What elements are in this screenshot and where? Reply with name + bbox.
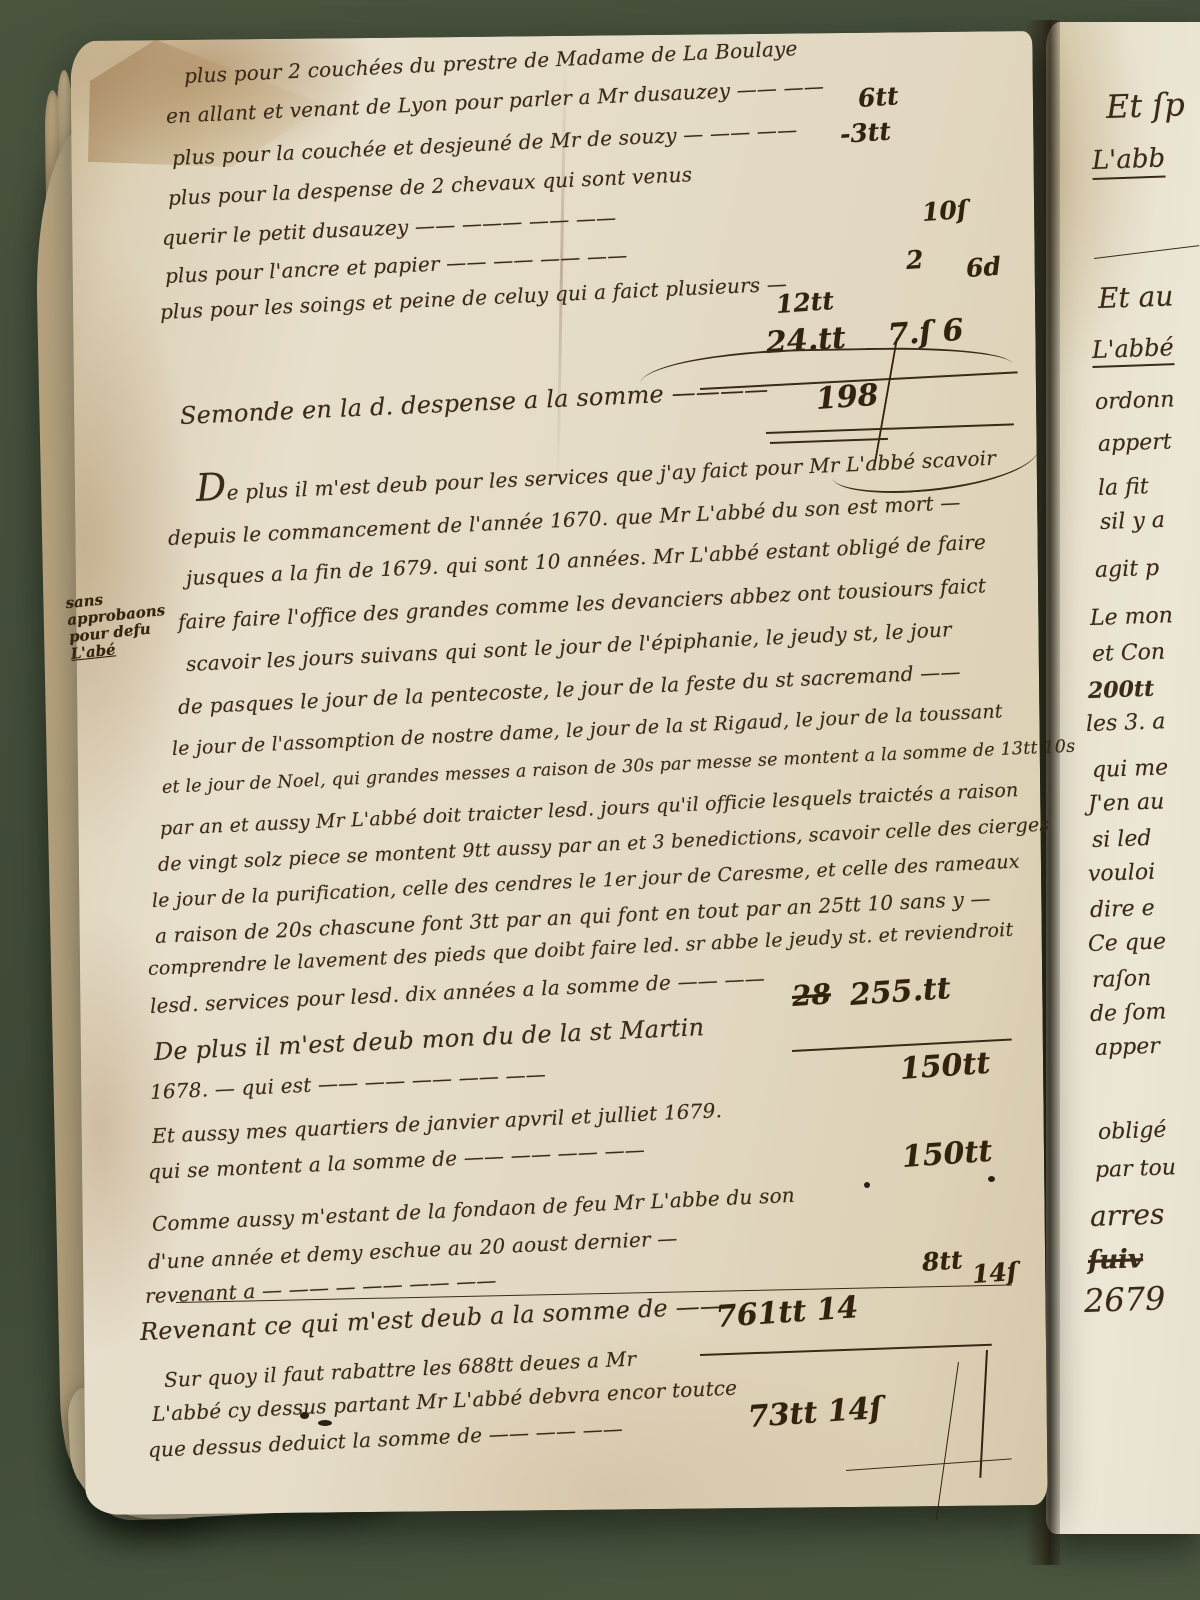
amount-deniers: 6d — [965, 252, 1002, 283]
ink-speck — [864, 1182, 870, 1188]
crossed-out-amount: 28 — [791, 977, 832, 1013]
amount-livres: 12tt — [775, 286, 835, 319]
right-page-fragment: Le mon — [1090, 603, 1174, 631]
right-page-crossed-fragment: ſuiv — [1087, 1244, 1143, 1276]
right-page-fragment: sil y a — [1100, 508, 1166, 535]
right-page-fragment: et Con — [1092, 639, 1166, 667]
right-page-fragment: ordonn — [1095, 387, 1175, 415]
right-page-fragment: obligé — [1098, 1118, 1167, 1145]
right-page-fragment: qui me — [1092, 755, 1169, 783]
right-page-fragment: Ce que — [1088, 929, 1167, 957]
amount-livres: 150tt — [901, 1134, 994, 1175]
ink-speck — [988, 1176, 995, 1182]
right-page-fragment: 2679 — [1083, 1279, 1166, 1320]
right-page-fragment: L'abbé — [1091, 333, 1174, 368]
ink-speck — [318, 1420, 332, 1426]
right-page-fragment: par tou — [1095, 1155, 1177, 1183]
amount-livres: 6tt — [857, 81, 899, 113]
right-page-fragment: Et au — [1097, 279, 1173, 315]
services-total: 255.tt — [849, 971, 952, 1013]
amount-figure: 2 — [905, 245, 924, 275]
amount-sols: 10ſ — [921, 195, 968, 227]
right-page-fragment: arres — [1089, 1197, 1165, 1233]
right-page-fragment: Et ſp — [1105, 85, 1185, 126]
right-page-fragment: apper — [1095, 1034, 1161, 1061]
right-page-fragment: la fit — [1098, 474, 1150, 501]
subtotal-amount: 198 — [815, 378, 880, 417]
right-page-fragment: de ſom — [1090, 999, 1167, 1027]
amount-livres: 8tt — [921, 1245, 963, 1277]
right-page-fragment: raſon — [1092, 966, 1152, 993]
margin-note: sans approbaons pour defu L'abé — [65, 585, 170, 663]
right-page-fragment: appert — [1098, 429, 1172, 457]
amount-livres: -3tt — [839, 116, 892, 148]
photo-scene: plus pour 2 couchées du prestre de Madam… — [0, 0, 1200, 1600]
right-page-fragment: les 3. a — [1086, 709, 1166, 737]
right-page-fragment: si led — [1092, 826, 1152, 853]
right-page-fragment: 200tt — [1088, 676, 1155, 704]
right-page-fragment: agit p — [1095, 556, 1160, 583]
right-page-fragment: vouloi — [1088, 860, 1156, 887]
right-page-fragment: L'abb — [1091, 143, 1165, 180]
right-page-fragment: J'en au — [1088, 789, 1165, 817]
right-page-fragment: dire e — [1090, 896, 1156, 923]
amount-livres: 150tt — [899, 1046, 992, 1087]
